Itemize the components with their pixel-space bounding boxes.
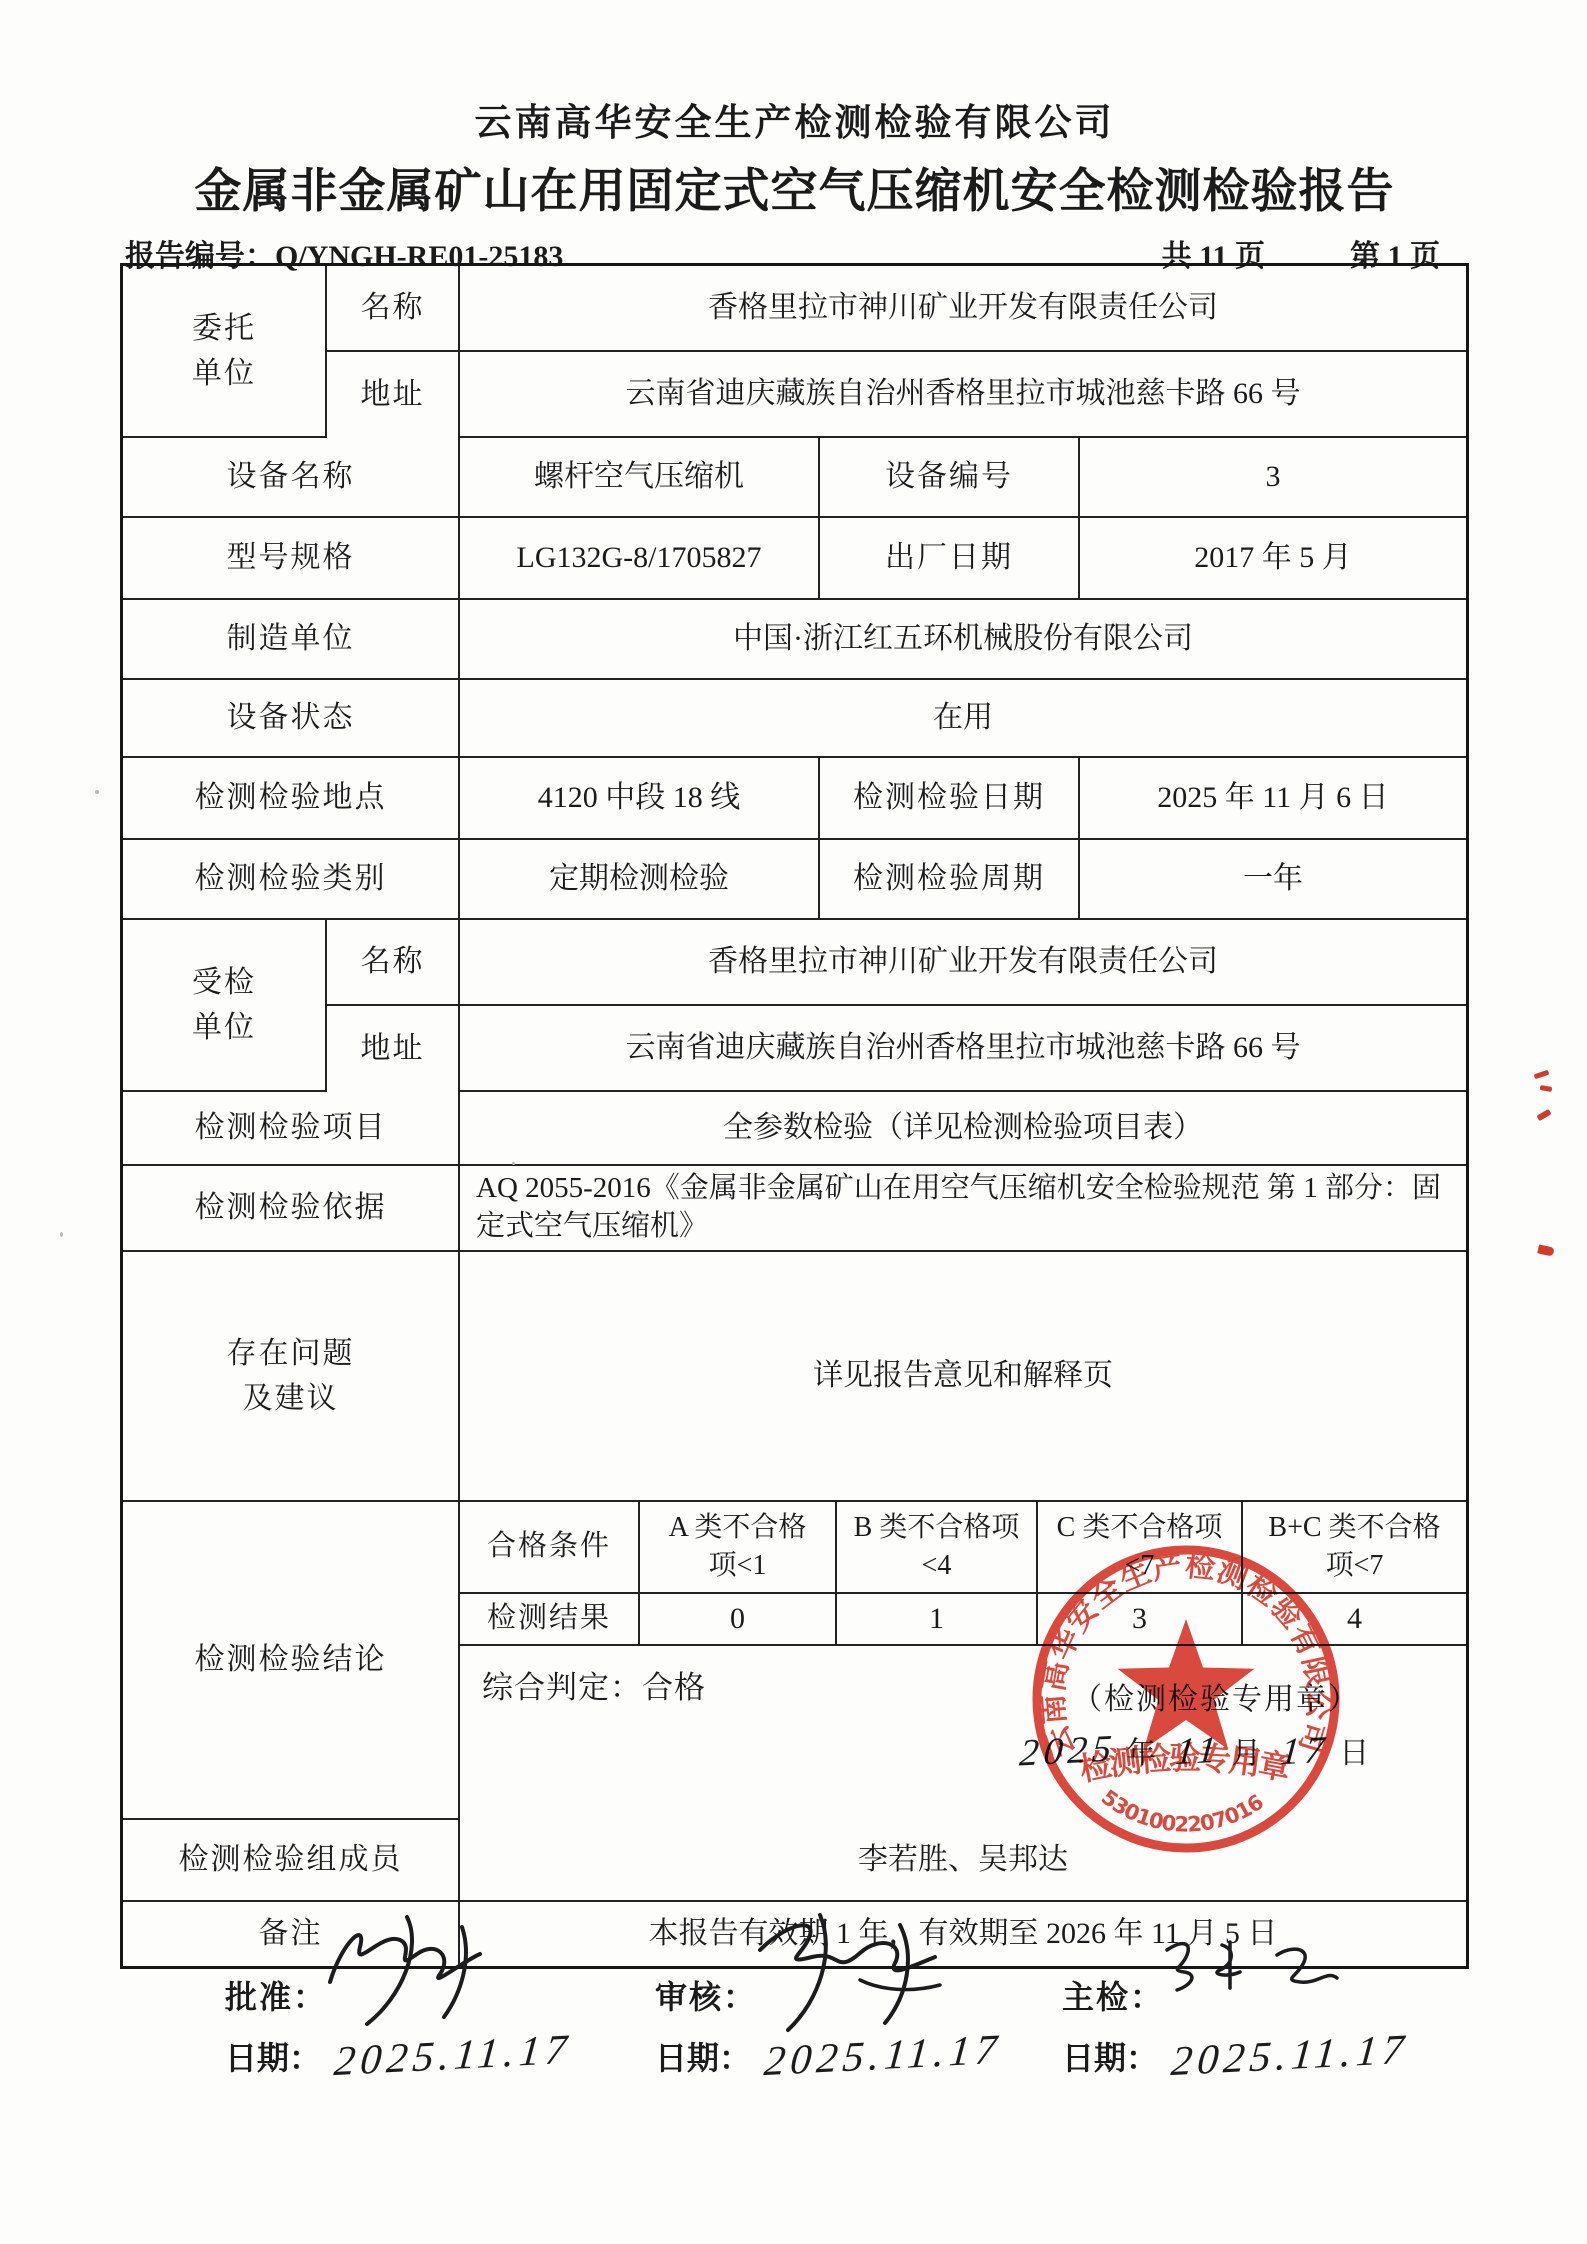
- entrust-address-label: 地址: [327, 352, 460, 438]
- checked-name-value: 香格里拉市神川矿业开发有限责任公司: [460, 920, 1466, 1006]
- inspection-date-value: 2025 年 11 月 6 日: [1080, 758, 1466, 840]
- chief-label: 主检：: [1062, 1979, 1164, 2015]
- condition-header-a: A 类不合格项<1: [640, 1502, 837, 1594]
- scan-speck: [512, 1162, 515, 1165]
- made-date-label: 出厂日期: [820, 518, 1080, 600]
- device-model-row: 型号规格 LG132G-8/1705827 出厂日期 2017 年 5 月: [123, 518, 1466, 600]
- condition-header-c: C 类不合格项<7: [1038, 1502, 1243, 1594]
- seal-date-month: 11: [1174, 1728, 1223, 1774]
- entrust-group-label: 委托 单位: [123, 266, 327, 438]
- conclusion-table: 合格条件 A 类不合格项<1 B 类不合格项<4 C 类不合格项<7 B+C 类…: [460, 1502, 1466, 1820]
- basis-value: AQ 2055-2016《金属非金属矿山在用空气压缩机安全检验规范 第 1 部分…: [460, 1166, 1466, 1252]
- seal-date-year-unit: 年: [1126, 1737, 1156, 1770]
- made-date-value: 2017 年 5 月: [1080, 518, 1466, 600]
- inspection-cycle-value: 一年: [1080, 840, 1466, 920]
- inspection-date-label: 检测检验日期: [820, 758, 1080, 840]
- problems-value: 详见报告意见和解释页: [460, 1252, 1466, 1502]
- red-pen-mark: [1534, 1070, 1550, 1079]
- device-code-label: 设备编号: [820, 438, 1080, 518]
- chief-line: 主检：: [1062, 1972, 1164, 2018]
- items-row: 检测检验项目 全参数检验（详见检测检验项目表）: [123, 1092, 1466, 1166]
- items-label: 检测检验项目: [123, 1092, 460, 1166]
- basis-label: 检测检验依据: [123, 1166, 460, 1252]
- approve-signature: [312, 1902, 537, 2032]
- checked-address-value: 云南省迪庆藏族自治州香格里拉市城池慈卡路 66 号: [460, 1006, 1466, 1092]
- red-pen-mark: [1537, 1244, 1555, 1256]
- condition-header-bc: B+C 类不合格项<7: [1243, 1502, 1466, 1594]
- review-date-value: 2025.11.17: [762, 2026, 1004, 2086]
- conclusion-label: 检测检验结论: [123, 1502, 460, 1820]
- report-title: 金属非金属矿山在用固定式空气压缩机安全检测检验报告: [123, 154, 1466, 221]
- seal-date-month-unit: 月: [1231, 1737, 1261, 1770]
- chief-date-line: 日期：2025.11.17: [1062, 2032, 1408, 2080]
- approve-date-value: 2025.11.17: [332, 2026, 574, 2086]
- checked-group-line1: 受检: [192, 960, 256, 1005]
- members-label: 检测检验组成员: [123, 1820, 460, 1902]
- chief-date-value: 2025.11.17: [1169, 2026, 1411, 2086]
- device-model-value: LG132G-8/1705827: [460, 518, 820, 600]
- report-page: 云南高华安全生产检测检验有限公司 金属非金属矿山在用固定式空气压缩机安全检测检验…: [0, 0, 1587, 2244]
- inspection-cycle-label: 检测检验周期: [820, 840, 1080, 920]
- basis-row: 检测检验依据 AQ 2055-2016《金属非金属矿山在用空气压缩机安全检验规范…: [123, 1166, 1466, 1252]
- problems-row: 存在问题 及建议 详见报告意见和解释页: [123, 1252, 1466, 1502]
- entrust-block: 委托 单位 名称 香格里拉市神川矿业开发有限责任公司 地址 云南省迪庆藏族自治州…: [123, 266, 1466, 438]
- inspection-place-label: 检测检验地点: [123, 758, 460, 840]
- seal-date-day: 17: [1279, 1728, 1331, 1774]
- entrust-name-value: 香格里拉市神川矿业开发有限责任公司: [460, 266, 1466, 352]
- device-name-value: 螺杆空气压缩机: [460, 438, 820, 518]
- condition-header-b: B 类不合格项<4: [837, 1502, 1038, 1594]
- entrust-group-line1: 委托: [192, 306, 256, 351]
- members-value: 李若胜、吴邦达: [460, 1820, 1466, 1902]
- problems-label: 存在问题 及建议: [123, 1252, 460, 1502]
- review-date-label: 日期：: [655, 2040, 751, 2076]
- problems-label-line1: 存在问题: [227, 1331, 355, 1376]
- status-label: 设备状态: [123, 680, 460, 758]
- scan-speck: [95, 790, 99, 794]
- status-row: 设备状态 在用: [123, 680, 1466, 758]
- verdict-area: 综合判定：合格 （检测检验专用章） 2025年11月17日: [460, 1646, 1466, 1820]
- chief-date-label: 日期：: [1062, 2040, 1158, 2076]
- red-pen-mark: [1540, 1085, 1553, 1092]
- seal-date: 2025年11月17日: [1020, 1728, 1389, 1773]
- result-bc: 4: [1243, 1594, 1466, 1646]
- maker-label: 制造单位: [123, 600, 460, 680]
- scan-speck: [60, 1232, 63, 1237]
- maker-row: 制造单位 中国·浙江红五环机械股份有限公司: [123, 600, 1466, 680]
- entrust-address-value: 云南省迪庆藏族自治州香格里拉市城池慈卡路 66 号: [460, 352, 1466, 438]
- entrust-group-line2: 单位: [192, 351, 256, 396]
- device-code-value: 3: [1080, 438, 1466, 518]
- result-label: 检测结果: [460, 1594, 640, 1646]
- review-date-line: 日期：2025.11.17: [655, 2032, 1001, 2080]
- verdict-text: 综合判定：合格: [482, 1662, 706, 1707]
- seal-date-year: 2025: [1018, 1727, 1118, 1776]
- result-b: 1: [837, 1594, 1038, 1646]
- checked-name-label: 名称: [327, 920, 460, 1006]
- company-title: 云南高华安全生产检测检验有限公司: [123, 92, 1466, 146]
- seal-note: （检测检验专用章）: [1072, 1674, 1360, 1718]
- seal-date-day-unit: 日: [1339, 1737, 1369, 1770]
- entrust-name-label: 名称: [327, 266, 460, 352]
- checked-group-line2: 单位: [192, 1005, 256, 1050]
- condition-label: 合格条件: [460, 1502, 640, 1594]
- members-row: 检测检验组成员 李若胜、吴邦达: [123, 1820, 1466, 1902]
- checked-group-label: 受检 单位: [123, 920, 327, 1092]
- inspection-place-row: 检测检验地点 4120 中段 18 线 检测检验日期 2025 年 11 月 6…: [123, 758, 1466, 840]
- maker-value: 中国·浙江红五环机械股份有限公司: [460, 600, 1466, 680]
- chief-signature: [1152, 1930, 1352, 2010]
- report-header: 云南高华安全生产检测检验有限公司 金属非金属矿山在用固定式空气压缩机安全检测检验…: [123, 92, 1466, 275]
- device-name-label: 设备名称: [123, 438, 460, 518]
- report-table: 委托 单位 名称 香格里拉市神川矿业开发有限责任公司 地址 云南省迪庆藏族自治州…: [120, 263, 1469, 1969]
- result-a: 0: [640, 1594, 837, 1646]
- inspection-place-value: 4120 中段 18 线: [460, 758, 820, 840]
- checked-address-label: 地址: [327, 1006, 460, 1092]
- inspection-type-value: 定期检测检验: [460, 840, 820, 920]
- checked-block: 受检 单位 名称 香格里拉市神川矿业开发有限责任公司 地址 云南省迪庆藏族自治州…: [123, 920, 1466, 1092]
- approve-date-line: 日期：2025.11.17: [225, 2032, 571, 2080]
- conclusion-block: 检测检验结论 合格条件 A 类不合格项<1 B 类不合格项<4 C 类不合格项<…: [123, 1502, 1466, 1820]
- result-c: 3: [1038, 1594, 1243, 1646]
- review-signature: [740, 1895, 980, 2040]
- problems-label-line2: 及建议: [243, 1376, 339, 1421]
- inspection-type-row: 检测检验类别 定期检测检验 检测检验周期 一年: [123, 840, 1466, 920]
- device-model-label: 型号规格: [123, 518, 460, 600]
- inspection-type-label: 检测检验类别: [123, 840, 460, 920]
- status-value: 在用: [460, 680, 1466, 758]
- red-pen-mark: [1536, 1109, 1551, 1121]
- items-value: 全参数检验（详见检测检验项目表）: [460, 1092, 1466, 1166]
- approve-date-label: 日期：: [225, 2040, 321, 2076]
- device-name-row: 设备名称 螺杆空气压缩机 设备编号 3: [123, 438, 1466, 518]
